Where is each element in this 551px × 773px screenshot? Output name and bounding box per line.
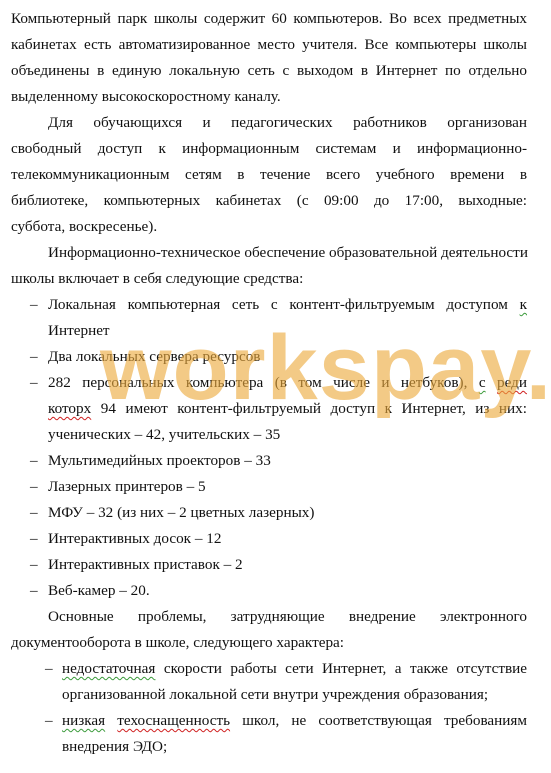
list-item-line: внедрения ЭДО; <box>11 734 527 760</box>
list-item: – Локальная компьютерная сеть с контент-… <box>11 292 527 344</box>
text-line: выделенному высокоскоростному каналу. <box>11 84 527 110</box>
list-item: – Интерактивных приставок – 2 <box>11 552 527 578</box>
equipment-list: – Локальная компьютерная сеть с контент-… <box>11 292 527 604</box>
list-item-line: Интернет <box>11 318 527 344</box>
list-item-line: – МФУ – 32 (из них – 2 цветных лазерных) <box>11 500 527 526</box>
list-item-text: 94 имеют контент-фильтруемый доступ к Ин… <box>91 400 527 417</box>
list-item-line: – Лазерных принтеров – 5 <box>11 474 527 500</box>
document-page: Компьютерный парк школы содержит 60 комп… <box>11 6 527 760</box>
list-item: – Веб-камер – 20. <box>11 578 527 604</box>
dash-bullet: – <box>30 578 38 604</box>
list-item: – Интерактивных досок – 12 <box>11 526 527 552</box>
list-item-text: Интерактивных досок – 12 <box>48 530 221 547</box>
list-item-line: ученических – 42, учительских – 35 <box>11 422 527 448</box>
list-item-text: школ, не соответствующая требованиям <box>230 712 527 729</box>
spelling-flag: реди <box>497 374 527 391</box>
list-item-line: – Интерактивных досок – 12 <box>11 526 527 552</box>
dash-bullet: – <box>30 500 38 526</box>
text-line: документооборота в школе, следующего хар… <box>11 630 527 656</box>
dash-bullet: – <box>30 552 38 578</box>
grammar-flag: недостаточная <box>62 660 155 677</box>
paragraph-computer-park: Компьютерный парк школы содержит 60 комп… <box>11 6 527 110</box>
dash-bullet: – <box>30 344 38 370</box>
list-item-text: Два локальных сервера ресурсов <box>48 348 260 365</box>
list-item-text: Лазерных принтеров – 5 <box>48 478 206 495</box>
dash-bullet: – <box>30 474 38 500</box>
list-item-text: Интерактивных приставок – 2 <box>48 556 243 573</box>
dash-bullet: – <box>45 708 53 734</box>
list-item: – Лазерных принтеров – 5 <box>11 474 527 500</box>
list-item-text: Мультимедийных проекторов – 33 <box>48 452 271 469</box>
grammar-flag: с <box>479 374 486 391</box>
text-line: Для обучающихся и педагогических работни… <box>11 110 527 136</box>
list-item-text: МФУ – 32 (из них – 2 цветных лазерных) <box>48 504 314 521</box>
list-item: –недостаточная скорости работы сети Инте… <box>11 656 527 708</box>
list-item: – 282 персональных компьютера (в том чис… <box>11 370 527 448</box>
spelling-flag: техоснащенность <box>117 712 230 729</box>
grammar-flag: к <box>520 296 527 313</box>
text-line: телекоммуникационным сетям в течение все… <box>11 162 527 188</box>
list-item-line: –недостаточная скорости работы сети Инте… <box>11 656 527 682</box>
list-item-text: Веб-камер – 20. <box>48 582 150 599</box>
list-item-text: Локальная компьютерная сеть с контент-фи… <box>48 296 508 313</box>
list-item-text: 282 персональных компьютера (в том числе… <box>48 374 467 391</box>
list-item-line: – Веб-камер – 20. <box>11 578 527 604</box>
text-line: Информационно-техническое обеспечение об… <box>11 240 527 266</box>
dash-bullet: – <box>30 370 38 396</box>
list-item-line: – 282 персональных компьютера (в том чис… <box>11 370 527 396</box>
list-item: – Два локальных сервера ресурсов <box>11 344 527 370</box>
paragraph-it-support: Информационно-техническое обеспечение об… <box>11 240 527 292</box>
list-item-line: – Два локальных сервера ресурсов <box>11 344 527 370</box>
text-line: Основные проблемы, затрудняющие внедрени… <box>11 604 527 630</box>
list-item-line: –низкая техоснащенность школ, не соответ… <box>11 708 527 734</box>
paragraph-free-access: Для обучающихся и педагогических работни… <box>11 110 527 240</box>
text-line: библиотеке, компьютерных кабинетах (с 09… <box>11 188 527 214</box>
dash-bullet: – <box>30 292 38 318</box>
list-item-text: скорости работы сети Интернет, а также о… <box>155 660 527 677</box>
text-line: школы включает в себя следующие средства… <box>11 266 527 292</box>
list-item: –низкая техоснащенность школ, не соответ… <box>11 708 527 760</box>
dash-bullet: – <box>30 526 38 552</box>
list-item: – МФУ – 32 (из них – 2 цветных лазерных) <box>11 500 527 526</box>
text-line: суббота, воскресенье). <box>11 214 527 240</box>
dash-bullet: – <box>45 656 53 682</box>
list-item: – Мультимедийных проекторов – 33 <box>11 448 527 474</box>
list-item-line: – Локальная компьютерная сеть с контент-… <box>11 292 527 318</box>
list-item-line: – Мультимедийных проекторов – 33 <box>11 448 527 474</box>
list-item-line: организованной локальной сети внутри учр… <box>11 682 527 708</box>
text-line: кабинетах есть автоматизированное место … <box>11 32 527 58</box>
text-line: объединены в единую локальную сеть с вых… <box>11 58 527 84</box>
text-line: свободный доступ к информационным систем… <box>11 136 527 162</box>
problems-list: –недостаточная скорости работы сети Инте… <box>11 656 527 760</box>
dash-bullet: – <box>30 448 38 474</box>
paragraph-problems: Основные проблемы, затрудняющие внедрени… <box>11 604 527 656</box>
text-line: Компьютерный парк школы содержит 60 комп… <box>11 6 527 32</box>
grammar-flag: низкая <box>62 712 105 729</box>
list-item-line: которх 94 имеют контент-фильтруемый дост… <box>11 396 527 422</box>
spelling-flag: которх <box>48 400 91 417</box>
list-item-line: – Интерактивных приставок – 2 <box>11 552 527 578</box>
